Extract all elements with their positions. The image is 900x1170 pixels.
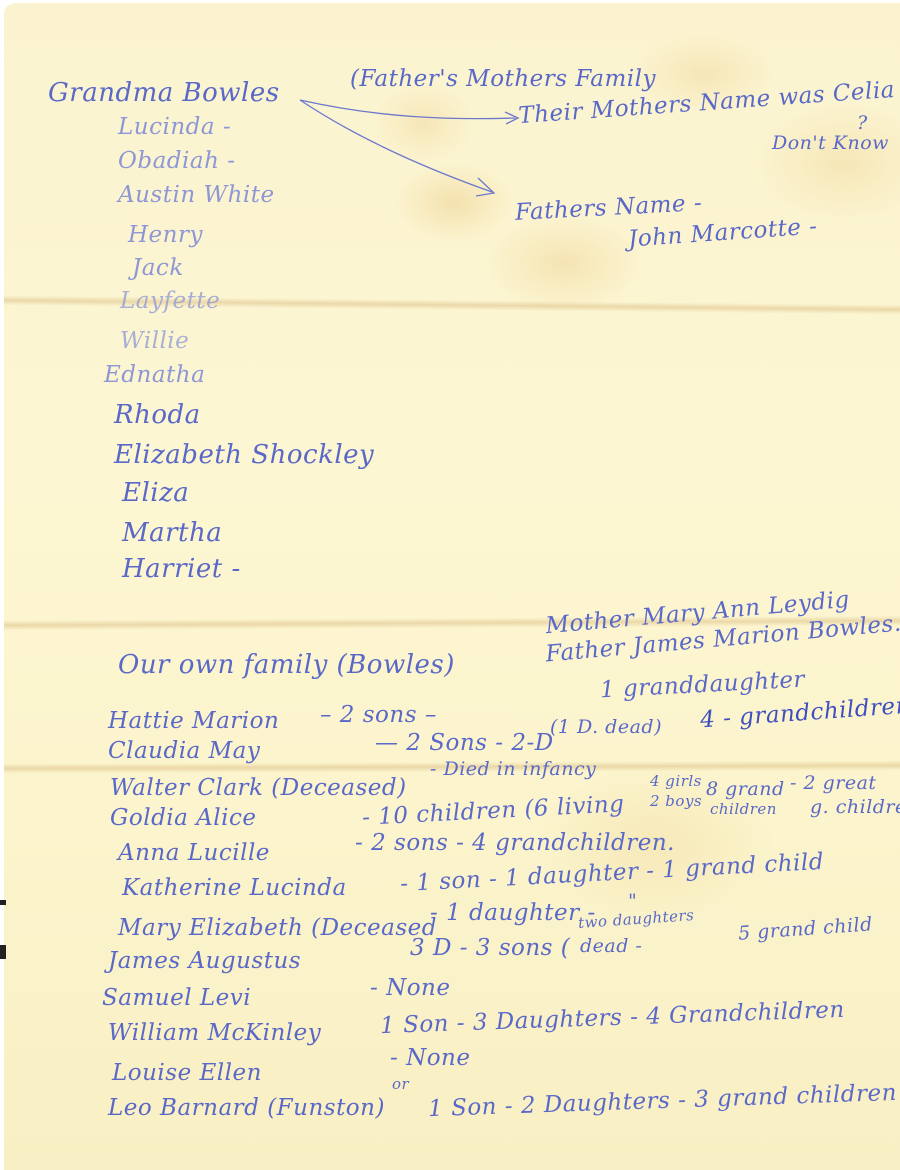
child-name: Eliza	[122, 478, 189, 508]
child-name: Jack	[132, 255, 184, 281]
family-member-note: — 2 Sons - 2-D	[375, 730, 554, 756]
family-member-name: Goldia Alice	[110, 805, 257, 831]
family-member-note: – 2 sons –	[320, 702, 437, 728]
or-note: or	[392, 1075, 409, 1093]
d-dead-note: (1 D. dead)	[550, 716, 662, 738]
dead-note: dead -	[580, 935, 642, 957]
child-name: Lucinda -	[118, 114, 231, 140]
child-name: Ednatha	[104, 362, 205, 388]
family-member-name: Claudia May	[108, 738, 260, 764]
section1-heading: Grandma Bowles	[48, 78, 280, 108]
family-member-note: 3 D - 3 sons (	[410, 935, 570, 961]
family-member-name: Mary Elizabeth (Deceased	[118, 915, 437, 941]
goldia-boys-note: 2 boys	[650, 792, 702, 810]
question-mark: ?	[857, 112, 868, 134]
child-name: Willie	[120, 328, 189, 354]
family-member-note: - None	[370, 975, 450, 1001]
goldia-girls-note: 4 girls	[650, 772, 702, 790]
family-member-name: William McKinley	[108, 1020, 321, 1046]
family-member-note: - None	[390, 1045, 470, 1071]
goldia-grand-note-2: children	[710, 800, 777, 818]
child-name: Rhoda	[114, 400, 201, 430]
child-name: Martha	[122, 518, 222, 548]
ditto-mark: "	[628, 890, 637, 912]
dont-know-note: Don't Know	[772, 132, 889, 154]
family-member-name: James Augustus	[108, 948, 301, 974]
family-member-note: - 2 sons - 4 grandchildren.	[355, 830, 675, 856]
goldia-grand-note: 8 grand	[706, 778, 785, 800]
family-member-name: Louise Ellen	[112, 1060, 262, 1086]
scan-edge-mark	[0, 945, 6, 959]
family-member-name: Samuel Levi	[102, 985, 251, 1011]
family-member-name: Katherine Lucinda	[122, 875, 347, 901]
child-name: Elizabeth Shockley	[114, 440, 374, 470]
child-name: Henry	[128, 222, 203, 248]
family-member-name: Walter Clark (Deceased)	[110, 775, 407, 801]
goldia-great-note-2: g. children	[810, 796, 900, 818]
scan-edge-mark	[0, 900, 6, 905]
child-name: Austin White	[118, 182, 275, 208]
section1-heading-note: (Father's Mothers Family	[350, 66, 656, 92]
family-member-name: Anna Lucille	[118, 840, 270, 866]
family-member-note: - 1 daughter -	[430, 900, 596, 926]
child-name: Obadiah -	[118, 148, 235, 174]
family-member-name: Hattie Marion	[108, 708, 279, 734]
section2-heading: Our own family (Bowles)	[118, 650, 455, 680]
child-name: Layfette	[120, 288, 220, 314]
goldia-great-note: - 2 great	[790, 772, 877, 794]
child-name: Harriet -	[122, 554, 241, 584]
family-member-name: Leo Barnard (Funston)	[108, 1095, 385, 1121]
family-member-note: - Died in infancy	[430, 758, 596, 780]
